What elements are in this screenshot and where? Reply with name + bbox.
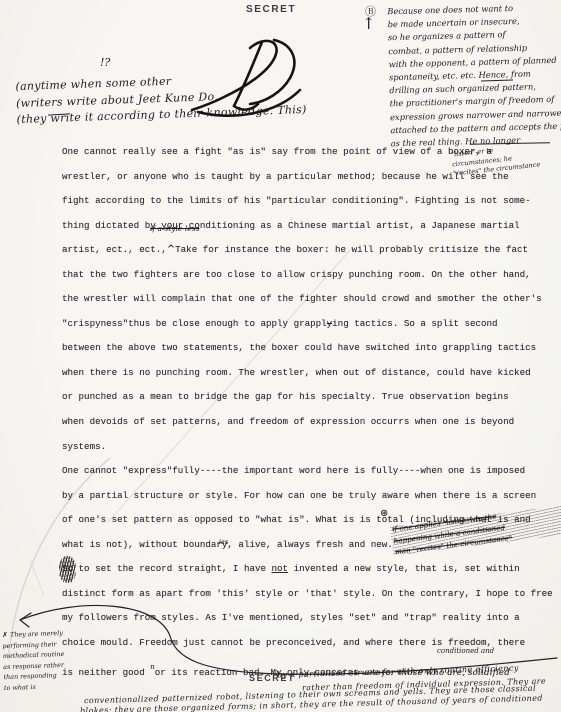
typed-line: that the two fighters are too close to a… [62, 263, 558, 288]
classification-header: SECRET [246, 4, 296, 15]
typed-segment: to set the record straight, I have [73, 563, 271, 574]
typed-segment: , alive, always fresh and new. [227, 539, 392, 550]
typed-line: between the above two statements, the bo… [62, 336, 558, 361]
typed-line: distinct form as apart from 'this' style… [62, 582, 558, 607]
underlined-word: not [272, 563, 289, 574]
typed-line: wrestler, or anyone who is taught by a p… [62, 165, 558, 190]
typed-line: systems. [62, 435, 558, 460]
typed-segment: "crispyness"thus be close enough to appl… [62, 318, 327, 329]
margin-note-bottom-left: ✗ They are merely performing their metho… [2, 628, 66, 694]
typed-segment: ing tactics. So a split second [332, 318, 497, 329]
corrected-letter: yies [222, 539, 228, 550]
typed-segment: is neither good [62, 667, 150, 678]
typed-segment: Take for instance the boxer: he will pro… [175, 244, 528, 255]
handwritten-correction: ies [219, 530, 228, 555]
x-reference-mark: ✗ [2, 631, 8, 639]
handwritten-line: to what is [4, 681, 66, 694]
typed-line: artist, ect., ect.,^Take for instance th… [62, 238, 558, 263]
typed-line: fight according to the limits of his "pa… [62, 189, 558, 214]
handwritten-interlinear: conditioned and [437, 647, 494, 655]
handwritten-segment: They are merely [10, 629, 63, 639]
typed-line: One cannot really see a fight "as is" sa… [62, 140, 558, 165]
typed-line: One cannot "express"fully----the importa… [62, 459, 558, 484]
typed-line: "crispyness"thus be close enough to appl… [62, 312, 558, 337]
interrobang-mark: !? [100, 56, 110, 69]
typed-segment: invented a new style, that is, set withi… [288, 563, 520, 574]
typed-segment: artist, ect., ect., [62, 244, 167, 255]
typed-line: my followers from styles. As I've mentio… [62, 606, 558, 631]
typed-line: when devoids of set patterns, and freedo… [62, 410, 558, 435]
scanned-document-page: SECRET Ⓑ ↑ Because one does not want to … [0, 0, 561, 712]
margin-note-top-right: Because one does not want to be made unc… [387, 1, 561, 151]
typed-segment: what is not), without boundar [62, 539, 222, 550]
typed-line: thing dictated by your conditioning as a… [62, 214, 558, 239]
typed-line: when there is no punching room. The wres… [62, 361, 558, 386]
typed-line: or punched as a mean to bridge the gap f… [62, 385, 558, 410]
margin-note-left: (anytime when some other (writers write … [15, 69, 307, 129]
typed-line: the wrestler will complain that one of t… [62, 287, 558, 312]
scribbled-out-word: So [62, 557, 73, 582]
circled-reference-mark: ⊛ [380, 508, 388, 519]
typed-body-text: One cannot really see a fight "as is" sa… [62, 140, 558, 680]
up-arrow-icon: ↑ [362, 14, 375, 33]
caret-insertion-mark: ^ [167, 244, 175, 255]
typed-line: by a partial structure or style. For how… [62, 484, 558, 509]
typed-line: So to set the record straight, I have no… [62, 557, 558, 582]
